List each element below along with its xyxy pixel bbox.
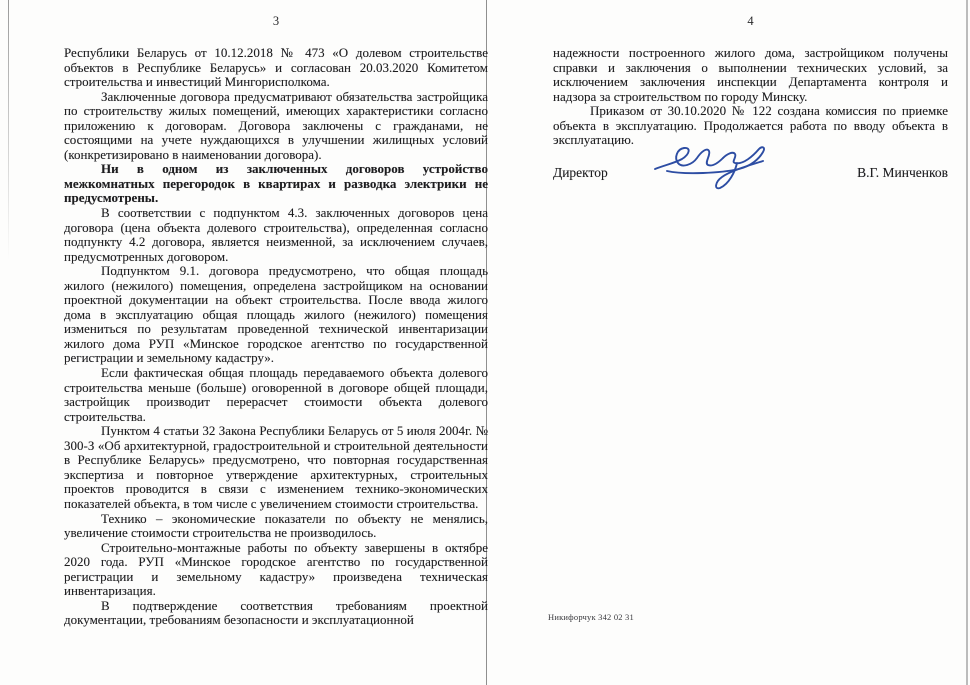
paragraph: Республики Беларусь от 10.12.2018 № 473 …	[64, 46, 488, 90]
page-number-left: 3	[64, 14, 488, 29]
page-3: 3 Республики Беларусь от 10.12.2018 № 47…	[64, 14, 488, 628]
director-label: Директор	[553, 165, 608, 181]
scan-left-edge-line	[8, 0, 9, 260]
paragraph: В подтверждение соответствия требованиям…	[64, 599, 488, 628]
paragraph: надежности построенного жилого дома, зас…	[553, 46, 948, 104]
paragraph: Заключенные договора предусматривают обя…	[64, 90, 488, 163]
page-3-text-block: Республики Беларусь от 10.12.2018 № 473 …	[64, 46, 488, 628]
paragraph: В соответствии с подпунктом 4.3. заключе…	[64, 206, 488, 264]
scan-right-edge-line	[966, 0, 968, 685]
director-name: В.Г. Минченков	[857, 165, 948, 181]
page-4-text-block: надежности построенного жилого дома, зас…	[553, 46, 948, 148]
paragraph: Пунктом 4 статьи 32 Закона Республики Бе…	[64, 424, 488, 511]
executor-note: Никифорчук 342 02 31	[548, 612, 634, 622]
paragraph: Подпунктом 9.1. договора предусмотрено, …	[64, 264, 488, 366]
paragraph: Строительно-монтажные работы по объекту …	[64, 541, 488, 599]
paragraph: Ни в одном из заключенных договоров устр…	[64, 162, 488, 206]
page-number-right: 4	[553, 14, 948, 29]
page-4: 4 надежности построенного жилого дома, з…	[553, 14, 948, 181]
paragraph: Технико – экономические показатели по об…	[64, 512, 488, 541]
handwritten-signature	[651, 138, 783, 194]
paragraph: Если фактическая общая площадь передавае…	[64, 366, 488, 424]
